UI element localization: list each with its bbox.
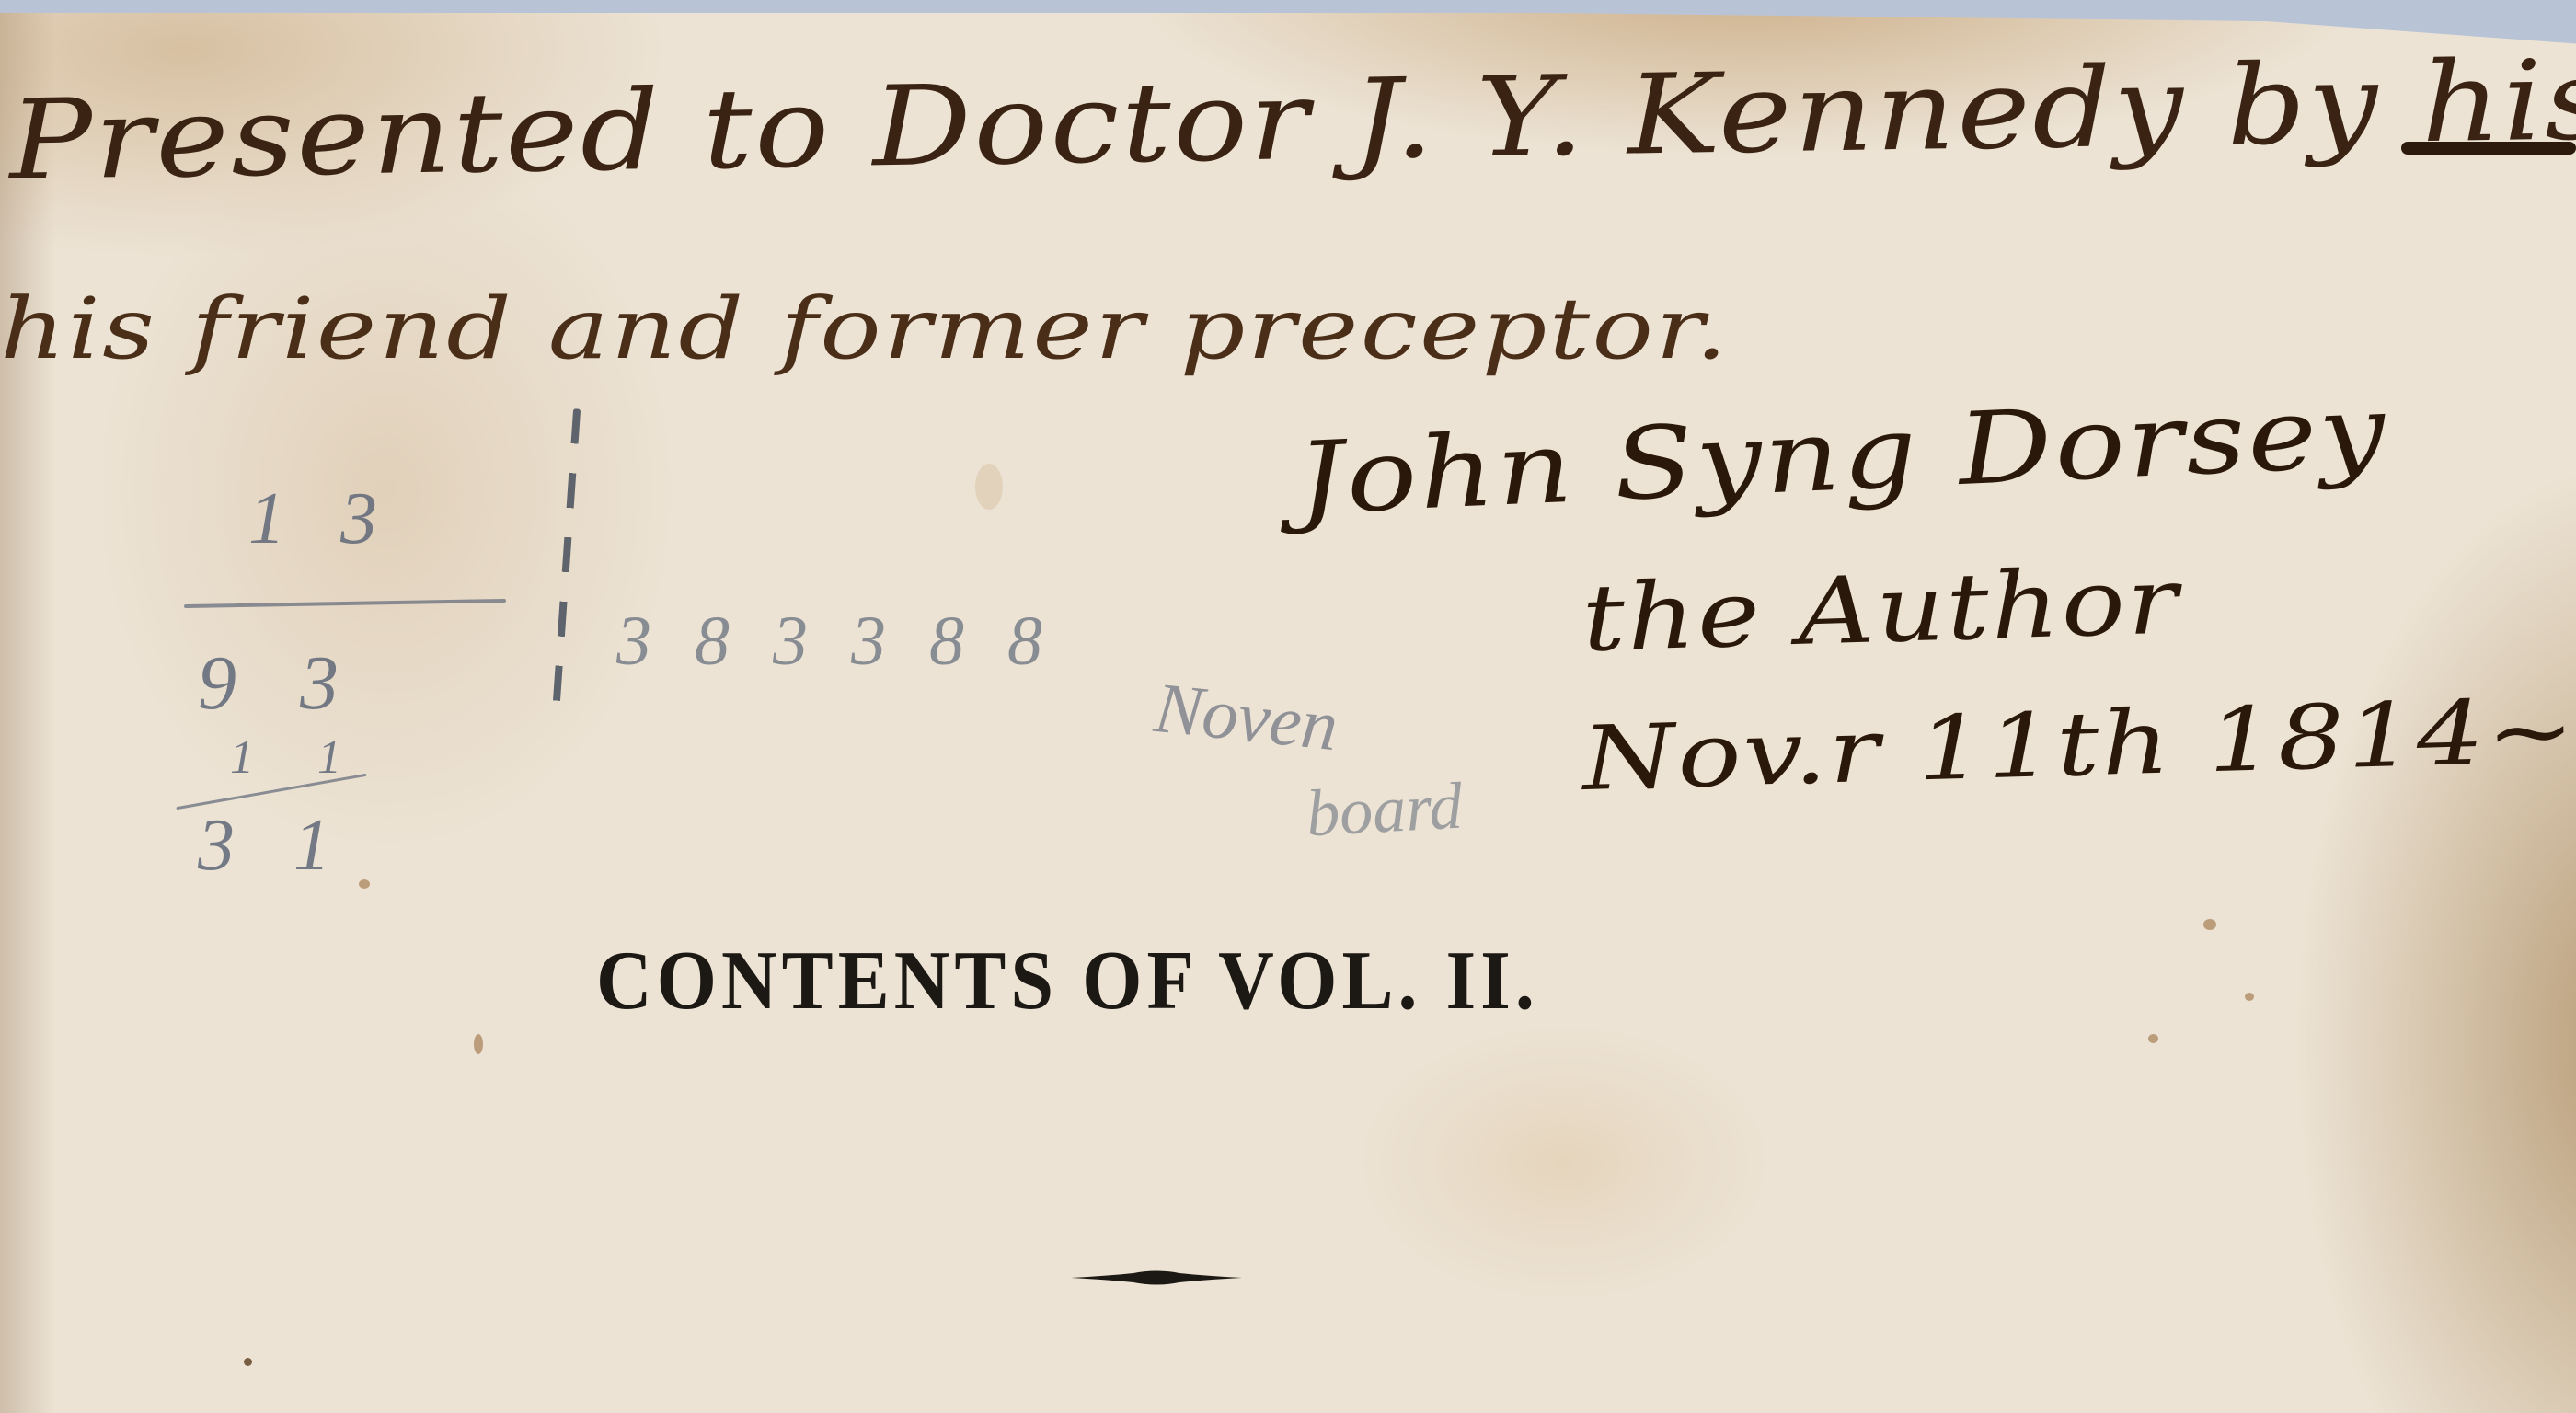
decorative-rule-icon [1069,1269,1244,1287]
foxing-spot [2245,993,2254,1001]
foxing-spot [975,464,1003,510]
contents-heading: CONTENTS OF VOL. II. [596,933,1539,1029]
pencil-fraction-bottom: 3 1 [198,804,351,888]
foxing-spot [2203,919,2216,930]
inscription-date: Nov.r 11th 1814~ [1581,679,2576,810]
pencil-fraction-top: 1 3 [248,477,396,561]
pencil-note-line-2: board [1305,768,1464,853]
pencil-fraction-middle: 9 3 [198,638,361,728]
foxing-spot [2148,1034,2158,1043]
inscription-role: the Author [1581,546,2182,672]
pencil-digit-row: 3 8 3 3 8 8 [616,602,1055,682]
pencil-fraction-bar [184,599,506,608]
pencil-dashed-line [553,408,581,703]
inscription-signature: John Syng Dorsey [1294,373,2390,536]
inscription-line-1: Presented to Doctor J. Y. Kennedy by his [8,37,2576,205]
inscription-line-2: his friend and former preceptor. [0,280,1730,378]
foxing-spot [474,1034,483,1054]
crossed-out-word [2401,142,2576,155]
pencil-note-line-1: Noven [1151,666,1342,767]
book-page: Presented to Doctor J. Y. Kennedy by his… [0,13,2576,1413]
foxing-spot [359,879,370,889]
foxing-spot [244,1358,252,1366]
